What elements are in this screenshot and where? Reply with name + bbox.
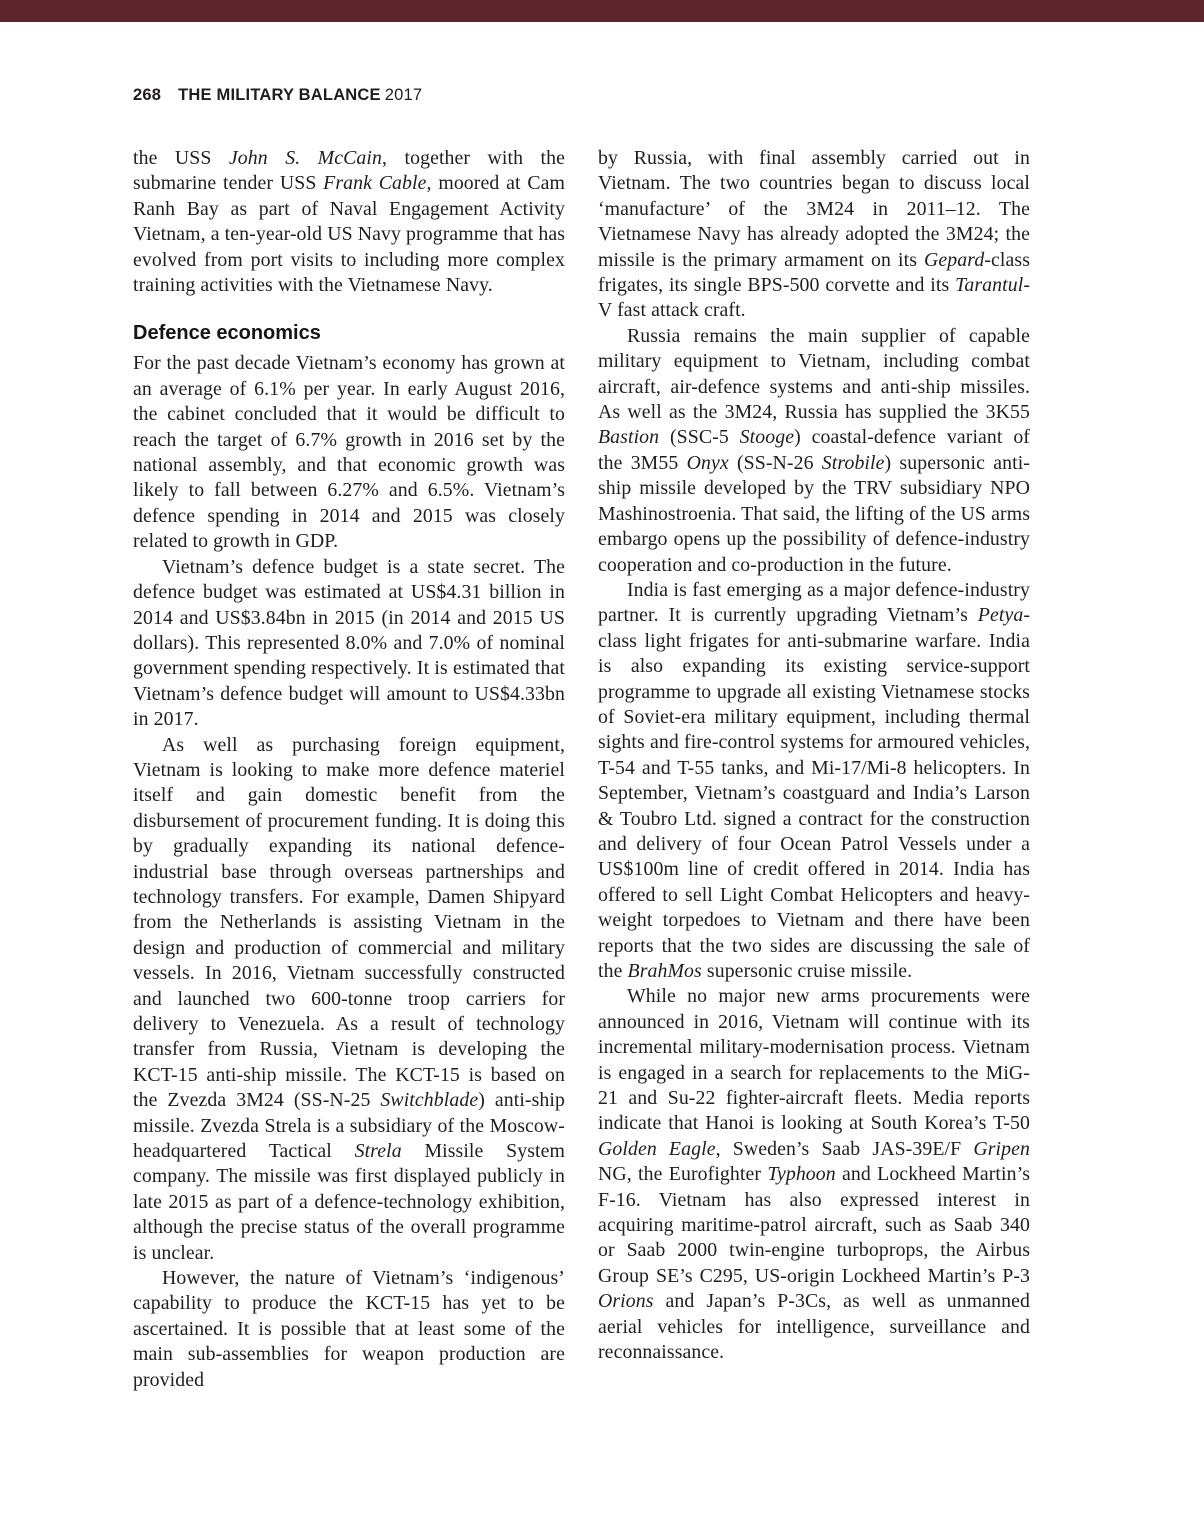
paragraph: While no major new arms procurements wer… [598, 984, 1030, 1365]
paragraph: the USS John S. McCain, together with th… [133, 146, 565, 298]
paragraph: Russia remains the main supplier of capa… [598, 324, 1030, 578]
left-column: the USS John S. McCain, together with th… [133, 146, 565, 1393]
italic-term: Gepard [924, 249, 984, 271]
italic-term: Golden Eagle [598, 1138, 716, 1160]
running-header: 268THE MILITARY BALANCE2017 [133, 86, 422, 105]
paragraph: However, the nature of Vietnam’s ‘indige… [133, 1266, 565, 1393]
italic-term: Strobile [822, 452, 885, 474]
italic-term: Frank Cable [323, 172, 426, 194]
italic-term: Gripen [973, 1138, 1030, 1160]
chapter-color-bar [0, 0, 1204, 22]
italic-term: Tarantul [955, 274, 1023, 296]
paragraph: As well as purchasing foreign equipment,… [133, 733, 565, 1267]
book-title: THE MILITARY BALANCE [178, 86, 381, 104]
book-year: 2017 [385, 86, 423, 104]
book-page: 268THE MILITARY BALANCE2017 the USS John… [0, 0, 1204, 1540]
italic-term: John S. McCain [229, 147, 382, 169]
paragraph: India is fast emerging as a major defenc… [598, 578, 1030, 985]
paragraph: Vietnam’s defence budget is a state secr… [133, 555, 565, 733]
section-heading: Defence economics [133, 320, 565, 346]
italic-term: Onyx [687, 452, 729, 474]
italic-term: Strela [355, 1140, 402, 1162]
italic-term: Bastion [598, 426, 659, 448]
italic-term: Petya [978, 604, 1024, 626]
paragraph: For the past decade Vietnam’s economy ha… [133, 351, 565, 554]
page-number: 268 [133, 86, 161, 104]
italic-term: Switchblade [380, 1089, 478, 1111]
right-column: by Russia, with final assembly carried o… [598, 146, 1030, 1393]
italic-term: BrahMos [628, 960, 702, 982]
paragraph: by Russia, with final assembly carried o… [598, 146, 1030, 324]
text-columns: the USS John S. McCain, together with th… [133, 146, 1031, 1393]
italic-term: Stooge [740, 426, 794, 448]
italic-term: Orions [598, 1290, 654, 1312]
italic-term: Typhoon [767, 1163, 835, 1185]
